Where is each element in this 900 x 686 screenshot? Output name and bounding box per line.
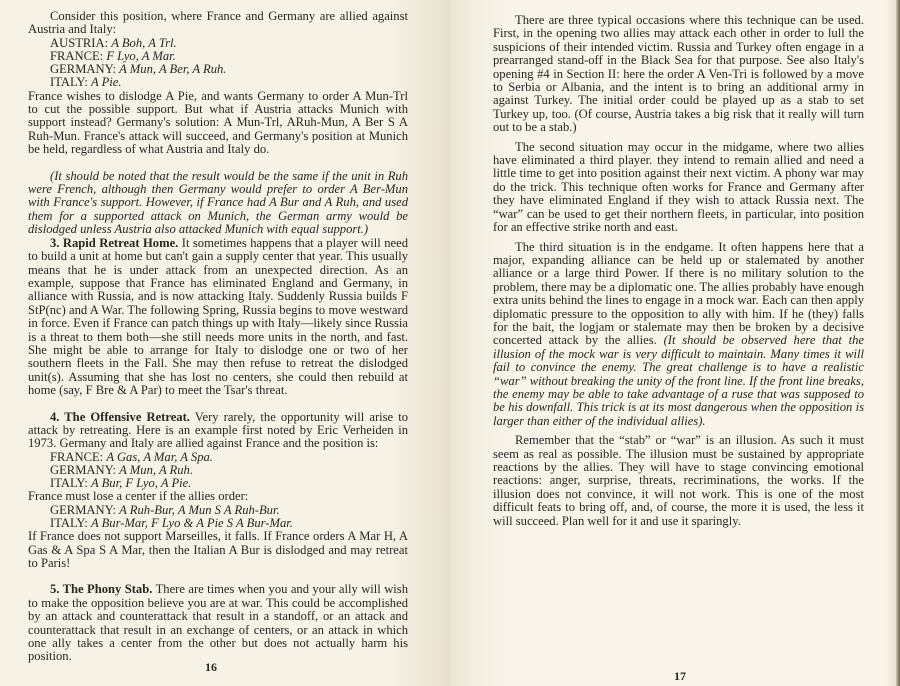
paragraph: The second situation may occur in the mi… (493, 141, 864, 235)
section-4: 4. The Offensive Retreat. Very rarely, t… (28, 411, 408, 451)
left-page: Consider this position, where France and… (0, 0, 450, 686)
paragraph: If France does not support Marseilles, i… (28, 530, 408, 570)
right-page: There are three typical occasions where … (450, 0, 900, 686)
section-5: 5. The Phony Stab. There are times when … (28, 583, 408, 663)
paragraph: The third situation is in the endgame. I… (493, 241, 864, 429)
italic-note: (It should be noted that the result woul… (28, 170, 408, 237)
italic-note: (It should be observed here that the ill… (493, 333, 864, 427)
paragraph: There are three typical occasions where … (493, 14, 864, 135)
position-list-1: AUSTRIA: A Boh, A Trl. FRANCE: F Lyo, A … (28, 37, 408, 90)
section-3: 3. Rapid Retreat Home. It sometimes happ… (28, 237, 408, 398)
page-number: 16 (205, 660, 217, 675)
orders-intro: France must lose a center if the allies … (28, 490, 408, 503)
paragraph: France wishes to dislodge A Pie, and wan… (28, 90, 408, 157)
page-number: 17 (674, 669, 686, 684)
book-spread: Consider this position, where France and… (0, 0, 900, 686)
paragraph: Remember that the “stab” or “war” is an … (493, 434, 864, 528)
position-list-2: FRANCE: A Gas, A Mar, A Spa. GERMANY: A … (28, 451, 408, 491)
page-edge (896, 0, 900, 686)
intro-paragraph: Consider this position, where France and… (28, 10, 408, 37)
section-heading: 5. The Phony Stab. (50, 582, 152, 596)
orders-list: GERMANY: A Ruh-Bur, A Mun S A Ruh-Bur. I… (28, 504, 408, 530)
section-heading: 4. The Offensive Retreat. (50, 410, 190, 424)
section-heading: 3. Rapid Retreat Home. (50, 236, 178, 250)
position-row: ITALY: A Pie. (50, 76, 408, 89)
